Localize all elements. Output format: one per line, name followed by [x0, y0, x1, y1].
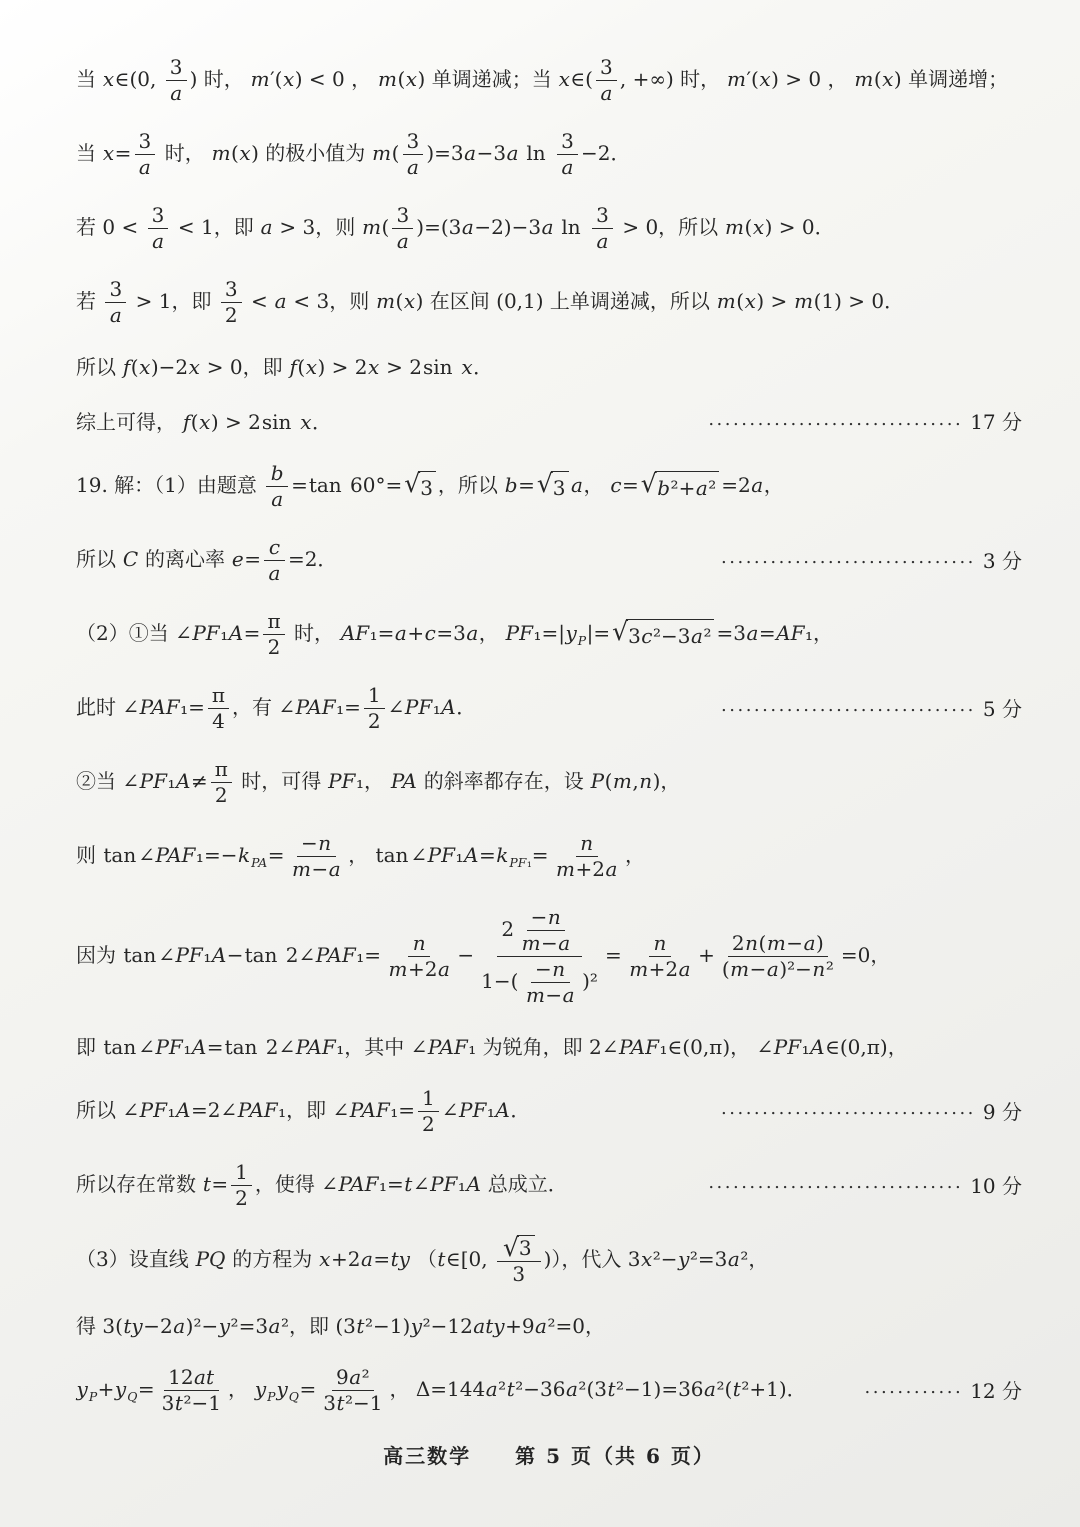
math-text: Q — [127, 1389, 138, 1404]
math-variable: PF — [328, 769, 356, 793]
math-variable: PF — [192, 621, 220, 645]
fraction: 3a — [592, 204, 613, 253]
function-name: sin — [423, 355, 453, 379]
math-variable: m — [521, 931, 541, 955]
math-variable: f — [289, 355, 297, 379]
radical: √3 — [537, 471, 569, 503]
math-text: =2． — [288, 547, 337, 571]
math-text: π — [267, 609, 280, 633]
math-variable: a — [274, 289, 287, 313]
math-variable: a — [466, 621, 479, 645]
score-label: 5 分 — [983, 694, 1022, 724]
math-text: a — [406, 155, 419, 179]
subscript: Q — [127, 1389, 138, 1404]
math-variable: x — [461, 355, 473, 379]
denominator: a — [557, 155, 578, 179]
math-variable: A — [466, 1172, 481, 1196]
math-variable: c — [424, 621, 436, 645]
score-label: 17 分 — [970, 407, 1022, 437]
math-text: 12at — [168, 1365, 214, 1389]
answer-line: 若 3a > 1，即 32 < a < 3，则 m(x) 在区间 (0,1) 上… — [76, 278, 1022, 327]
numerator: n — [408, 932, 430, 957]
math-variable: A — [176, 1098, 191, 1122]
math-text: 所以 f(x)−2x > 0，即 f(x) > 2x > 2sin x． — [76, 355, 493, 379]
math-text: a — [152, 229, 165, 253]
math-text: m−a — [521, 931, 571, 955]
fraction: 32 — [221, 278, 242, 327]
denominator: m+2a — [625, 957, 695, 981]
denominator: a — [166, 81, 187, 105]
math-variable: a — [360, 1247, 373, 1271]
fraction: ba — [266, 462, 288, 511]
math-text: （3）设直线 PQ 的方程为 x+2a=ty （t∈[0, — [76, 1247, 494, 1271]
math-variable: a — [605, 857, 618, 881]
math-text: 1 — [422, 1086, 435, 1110]
math-variable: PAF — [295, 1035, 336, 1059]
math-variable: PF — [175, 943, 203, 967]
math-variable: PAF — [427, 1035, 468, 1059]
math-text: 3 — [519, 1236, 532, 1260]
math-variable: x — [139, 355, 151, 379]
math-text: )=(3a−2)−3a ln — [416, 215, 589, 239]
denominator: 2 — [418, 1112, 439, 1136]
math-text: 若 — [76, 289, 102, 313]
function-name: tan — [225, 1035, 258, 1059]
denominator: m+2a — [384, 957, 454, 981]
numerator: 3 — [596, 56, 617, 81]
math-variable: PAF — [338, 1172, 379, 1196]
math-text: ∠PF₁A． — [388, 695, 477, 719]
math-variable: m — [292, 857, 312, 881]
math-text: 3 — [225, 277, 238, 301]
math-text: )² — [582, 969, 598, 993]
radicand: 3 — [517, 1235, 535, 1260]
fraction: 2−nm−a1−(−nm−a)² — [477, 906, 602, 1007]
math-text: P — [88, 1389, 97, 1404]
score-tail: ...............................9 分 — [707, 1097, 1022, 1127]
math-variable: k — [496, 843, 509, 867]
math-variable: A — [810, 1035, 825, 1059]
math-text: ，有 ∠PAF₁= — [232, 695, 361, 719]
math-variable: x — [188, 355, 200, 379]
math-text: 3 — [170, 55, 183, 79]
math-text: 1−( — [481, 969, 518, 993]
math-variable: a — [704, 1377, 717, 1401]
fraction: nm+2a — [384, 932, 454, 981]
math-text: m+2a — [388, 957, 450, 981]
math-text: + — [698, 943, 715, 967]
math-variable: t — [506, 1377, 515, 1401]
math-text: 3 — [139, 129, 152, 153]
fraction: π2 — [211, 758, 232, 807]
math-text: 此时 ∠PAF₁= — [76, 695, 205, 719]
math-text: a — [600, 81, 613, 105]
math-variable: m — [376, 289, 396, 313]
denominator: 2 — [221, 303, 242, 327]
formula-content: 得 3(ty−2a)²−y²=3a²，即 (3t²−1)y²−12aty+9a²… — [76, 1311, 605, 1341]
formula-content: 所以存在常数 t=12，使得 ∠PAF₁=t∠PF₁A 总成立． — [76, 1161, 568, 1210]
math-variable: PAF — [349, 1098, 390, 1122]
numerator: 3 — [592, 204, 613, 229]
math-text: −2． — [581, 141, 630, 165]
answer-line: （2）①当 ∠PF₁A=π2 时， AF₁=a+c=3a， PF₁=|yP|=√… — [76, 610, 1022, 659]
math-text: |= — [587, 621, 611, 645]
function-name: tan — [309, 473, 342, 497]
math-variable: m — [388, 957, 408, 981]
math-text: a， c= — [571, 473, 639, 497]
page-footer: 高三数学 第 5 页（共 6 页） — [76, 1440, 1022, 1483]
denominator: 4 — [208, 709, 229, 733]
math-text: ，所以 b= — [438, 473, 535, 497]
fraction: 3a — [557, 130, 578, 179]
denominator: 3 — [508, 1262, 529, 1286]
math-variable: f — [122, 355, 130, 379]
math-text: ， tan∠PF₁A=k — [348, 843, 509, 867]
math-text: = — [605, 943, 622, 967]
numerator: −n — [527, 906, 566, 931]
formula-content: 若 3a > 1，即 32 < a < 3，则 m(x) 在区间 (0,1) 上… — [76, 278, 904, 327]
math-variable: ty — [123, 1314, 143, 1338]
subscript: P — [267, 1389, 276, 1404]
fraction: 12at3t²−1 — [158, 1366, 225, 1415]
math-text: 4 — [212, 709, 225, 733]
numerator: 3 — [557, 130, 578, 155]
math-variable: m — [629, 957, 649, 981]
math-variable: x — [282, 67, 294, 91]
math-text: 当 x= — [76, 141, 131, 165]
math-text: −n — [535, 957, 566, 981]
answer-line: 所以 f(x)−2x > 0，即 f(x) > 2x > 2sin x． — [76, 352, 1022, 382]
math-variable: t — [607, 1377, 616, 1401]
denominator: a — [592, 229, 613, 253]
math-text: )=3a−3a ln — [426, 141, 554, 165]
numerator: 2−nm−a — [497, 906, 581, 957]
math-variable: y — [218, 1314, 230, 1338]
math-text: =tan 60°= — [291, 473, 402, 497]
math-text: ②当 ∠PF₁A≠ — [76, 769, 208, 793]
answer-line: 此时 ∠PAF₁=π4，有 ∠PAF₁=12∠PF₁A．............… — [76, 684, 1022, 733]
math-text: P — [577, 633, 586, 648]
numerator: n — [649, 932, 671, 957]
math-text: n — [412, 931, 426, 955]
math-text: n — [580, 831, 594, 855]
radical: √b²+a² — [641, 471, 720, 503]
fraction: √33 — [497, 1235, 541, 1286]
answer-line: 19. 解：（1）由题意 ba=tan 60°=√3，所以 b=√3a， c=√… — [76, 462, 1022, 511]
math-variable: a — [562, 983, 575, 1007]
math-text: 当 x∈(0, — [76, 67, 163, 91]
numerator: −n — [531, 958, 570, 983]
math-variable: m — [727, 67, 747, 91]
math-text: ， — [625, 843, 645, 867]
math-variable: m — [612, 769, 632, 793]
fraction: −nm−a — [517, 906, 575, 955]
radical: √3 — [404, 471, 436, 503]
math-text: 3 — [109, 277, 122, 301]
math-variable: P — [577, 633, 586, 648]
numerator: 3 — [221, 278, 242, 303]
math-text: 时，可得 PF₁， PA 的斜率都存在，设 P(m,n)， — [235, 769, 681, 793]
math-text: a — [561, 155, 574, 179]
math-variable: a — [746, 621, 759, 645]
math-variable: n — [552, 957, 566, 981]
radicand: b²+a² — [655, 471, 720, 503]
math-variable: PF — [404, 695, 432, 719]
math-text: 时， AF₁=a+c=3a， PF₁=|y — [288, 621, 578, 645]
math-variable: x — [305, 355, 317, 379]
math-text: =0， — [841, 943, 890, 967]
math-variable: n — [812, 957, 826, 981]
formula-content: yP+yQ=12at3t²−1， yPyQ=9a²3t²−1， Δ=144a²t… — [76, 1366, 807, 1415]
subscript: PF₁ — [509, 855, 532, 870]
numerator: 3 — [392, 204, 413, 229]
math-text: 因为 tan∠PF₁A−tan 2∠PAF₁= — [76, 943, 381, 967]
math-variable: PF — [459, 1098, 487, 1122]
math-text: 所以 C 的离心率 e= — [76, 547, 261, 571]
score-tail: ............12 分 — [851, 1376, 1022, 1406]
numerator: 3 — [403, 130, 424, 155]
denominator: a — [148, 229, 169, 253]
denominator: a — [264, 561, 285, 585]
formula-content: 19. 解：（1）由题意 ba=tan 60°=√3，所以 b=√3a， c=√… — [76, 462, 784, 511]
math-variable: PAF — [237, 1098, 278, 1122]
function-name: sin — [262, 410, 292, 434]
math-variable: t — [202, 1172, 211, 1196]
math-variable: a — [695, 476, 708, 500]
answer-line: 当 x=3a 时， m(x) 的极小值为 m(3a)=3a−3a ln 3a−2… — [76, 130, 1022, 179]
math-variable: y — [76, 1377, 88, 1401]
math-text: PF₁ — [509, 855, 532, 870]
dots-leader: ............ — [865, 1374, 964, 1401]
math-text: c — [268, 535, 280, 559]
math-variable: PF — [427, 843, 455, 867]
denominator: m−a — [521, 983, 579, 1007]
math-variable: A — [495, 1098, 510, 1122]
exam-answer-sheet: 当 x∈(0, 3a) 时， m′(x) < 0 ， m(x) 单调递减；当 x… — [0, 0, 1080, 1489]
denominator: (m−a)²−n² — [718, 957, 838, 981]
math-text: 2 — [225, 303, 238, 327]
denominator: m−a — [517, 931, 575, 955]
math-variable: t — [174, 1391, 183, 1415]
subscript: P — [577, 633, 586, 648]
radicand: 3c²−3a² — [626, 619, 714, 651]
fraction: 3a — [596, 56, 617, 105]
math-text: m+2a — [556, 857, 618, 881]
formula-content: 综上可得， f(x) > 2sin x． — [76, 407, 332, 437]
math-variable: P — [267, 1389, 276, 1404]
math-variable: PAF — [139, 695, 180, 719]
formula-content: 因为 tan∠PF₁A−tan 2∠PAF₁=nm+2a−2−nm−a1−(−n… — [76, 906, 890, 1007]
math-text: 3 — [512, 1262, 525, 1286]
fraction: 12 — [364, 684, 385, 733]
math-variable: PQ — [195, 1247, 226, 1271]
math-variable: c — [268, 535, 280, 559]
math-variable: aty — [473, 1314, 505, 1338]
math-variable: A — [441, 695, 456, 719]
math-text: PA — [251, 855, 268, 870]
score-tail: ...............................10 分 — [694, 1171, 1022, 1201]
math-text: 1 — [235, 1160, 248, 1184]
answer-line: yP+yQ=12at3t²−1， yPyQ=9a²3t²−1， Δ=144a²t… — [76, 1366, 1022, 1415]
math-text: 则 tan∠PAF₁=−k — [76, 843, 251, 867]
math-variable: PAF — [619, 1035, 660, 1059]
math-text: 综上可得， f(x) > 2sin x． — [76, 410, 332, 434]
numerator: 3 — [135, 130, 156, 155]
math-text: 19. 解：（1）由题意 — [76, 473, 263, 497]
formula-content: 当 x=3a 时， m(x) 的极小值为 m(3a)=3a−3a ln 3a−2… — [76, 130, 630, 179]
math-variable: n — [639, 769, 653, 793]
fraction: 3a — [134, 130, 155, 179]
math-variable: x — [319, 1247, 331, 1271]
math-variable: b — [657, 476, 671, 500]
math-variable: m — [725, 215, 745, 239]
answer-line: 综上可得， f(x) > 2sin x．....................… — [76, 407, 1022, 437]
math-variable: m — [854, 67, 874, 91]
radicand: 3 — [551, 471, 569, 503]
math-variable: x — [405, 67, 417, 91]
denominator: 2 — [211, 783, 232, 807]
math-text: 2n(m−a) — [732, 931, 824, 955]
answer-line: 则 tan∠PAF₁=−kPA=−nm−a， tan∠PF₁A=kPF₁=nm+… — [76, 832, 1022, 881]
math-variable: a — [678, 957, 691, 981]
function-name: tan — [123, 943, 156, 967]
fraction: 2n(m−a)(m−a)²−n² — [718, 932, 838, 981]
math-text: m−a — [525, 983, 575, 1007]
math-variable: a — [565, 1377, 578, 1401]
math-variable: a — [600, 81, 613, 105]
answer-line: ②当 ∠PF₁A≠π2 时，可得 PF₁， PA 的斜率都存在，设 P(m,n)… — [76, 758, 1022, 807]
math-variable: PF — [509, 855, 527, 870]
numerator: 2n(m−a) — [728, 932, 828, 957]
math-variable: PAF — [155, 843, 196, 867]
numerator: 9a² — [332, 1366, 374, 1391]
math-variable: a — [541, 215, 554, 239]
fraction: 3a — [392, 204, 413, 253]
math-variable: m — [362, 215, 382, 239]
math-text: 3 — [396, 203, 409, 227]
numerator: 3 — [148, 204, 169, 229]
numerator: 12at — [164, 1366, 218, 1391]
math-text: b²+a² — [657, 476, 717, 500]
math-variable: a — [437, 957, 450, 981]
math-variable: x — [239, 141, 251, 165]
numerator: π — [263, 610, 284, 635]
fraction: nm+2a — [552, 832, 622, 881]
dots-leader: ............................... — [721, 1095, 976, 1122]
answer-line: 若 0 < 3a < 1，即 a > 3，则 m(3a)=(3a−2)−3a l… — [76, 204, 1022, 253]
fraction: π4 — [208, 684, 229, 733]
math-variable: a — [464, 141, 477, 165]
math-variable: AF — [776, 621, 805, 645]
math-text: 3 — [596, 203, 609, 227]
denominator: 2 — [264, 635, 285, 659]
math-variable: x — [752, 215, 764, 239]
math-variable: a — [138, 155, 151, 179]
denominator: a — [267, 487, 288, 511]
math-variable: Q — [288, 1389, 299, 1404]
denominator: 1−(−nm−a)² — [477, 957, 602, 1007]
math-variable: c — [610, 473, 622, 497]
math-variable: a — [691, 624, 704, 648]
formula-content: 所以 f(x)−2x > 0，即 f(x) > 2x > 2sin x． — [76, 352, 493, 382]
math-variable: ty — [390, 1247, 410, 1271]
fraction: 12 — [418, 1087, 439, 1136]
math-text: ，使得 ∠PAF₁=t∠PF₁A 总成立． — [255, 1172, 568, 1196]
math-text: a — [170, 81, 183, 105]
score-tail: ...............................5 分 — [707, 694, 1022, 724]
math-variable: y — [254, 1377, 266, 1401]
answer-line: （3）设直线 PQ 的方程为 x+2a=ty （t∈[0, √33)），代入 3… — [76, 1235, 1022, 1286]
math-text: m+2a — [629, 957, 691, 981]
denominator: a — [105, 303, 126, 327]
math-variable: f — [182, 410, 190, 434]
math-text: > 0，所以 m(x) > 0． — [616, 215, 835, 239]
math-variable: P — [590, 769, 604, 793]
math-variable: x — [882, 67, 894, 91]
math-variable: b — [504, 473, 518, 497]
dots-leader: ............................... — [721, 692, 976, 719]
math-variable: PAF — [315, 943, 356, 967]
math-text: a — [596, 229, 609, 253]
dots-leader: ............................... — [708, 1169, 963, 1196]
fraction: −nm−a — [288, 832, 346, 881]
fraction: 9a²3t²−1 — [319, 1366, 386, 1415]
math-text: 3 — [600, 55, 613, 79]
denominator: m−a — [288, 857, 346, 881]
math-variable: m — [211, 141, 231, 165]
math-variable: a — [506, 141, 519, 165]
math-variable: y — [276, 1377, 288, 1401]
math-variable: a — [406, 155, 419, 179]
math-variable: A — [464, 843, 479, 867]
math-text: =2a， — [721, 473, 783, 497]
math-variable: a — [727, 1247, 740, 1271]
math-variable: a — [152, 229, 165, 253]
math-variable: a — [561, 155, 574, 179]
score-label: 9 分 — [983, 1097, 1022, 1127]
math-variable: a — [751, 473, 764, 497]
denominator: 3t²−1 — [319, 1391, 386, 1415]
math-variable: Q — [127, 1389, 138, 1404]
answer-line: 得 3(ty−2a)²−y²=3a²，即 (3t²−1)y²−12aty+9a²… — [76, 1311, 1022, 1341]
denominator: a — [134, 155, 155, 179]
math-variable: m — [250, 67, 270, 91]
math-variable: P — [88, 1389, 97, 1404]
math-variable: x — [102, 141, 114, 165]
math-variable: a — [260, 215, 273, 239]
math-text: − — [457, 943, 474, 967]
answer-line: 因为 tan∠PF₁A−tan 2∠PAF₁=nm+2a−2−nm−a1−(−n… — [76, 906, 1022, 1007]
math-variable: a — [268, 1314, 281, 1338]
math-text: 所以存在常数 t= — [76, 1172, 228, 1196]
math-text: π — [212, 683, 225, 707]
subscript: P — [88, 1389, 97, 1404]
numerator: 1 — [364, 684, 385, 709]
math-text: π — [215, 757, 228, 781]
math-variable: AF — [340, 621, 369, 645]
math-variable: a — [170, 81, 183, 105]
math-text: −n — [301, 831, 332, 855]
score-tail: ...............................17 分 — [694, 407, 1022, 437]
math-variable: c — [641, 624, 653, 648]
answer-line: 当 x∈(0, 3a) 时， m′(x) < 0 ， m(x) 单调递减；当 x… — [76, 56, 1022, 105]
math-text: −n — [531, 905, 562, 929]
radical: √3 — [503, 1235, 535, 1260]
math-variable: PA — [390, 769, 417, 793]
math-variable: m — [716, 289, 736, 313]
numerator: √3 — [497, 1235, 541, 1262]
math-variable: n — [547, 905, 561, 929]
